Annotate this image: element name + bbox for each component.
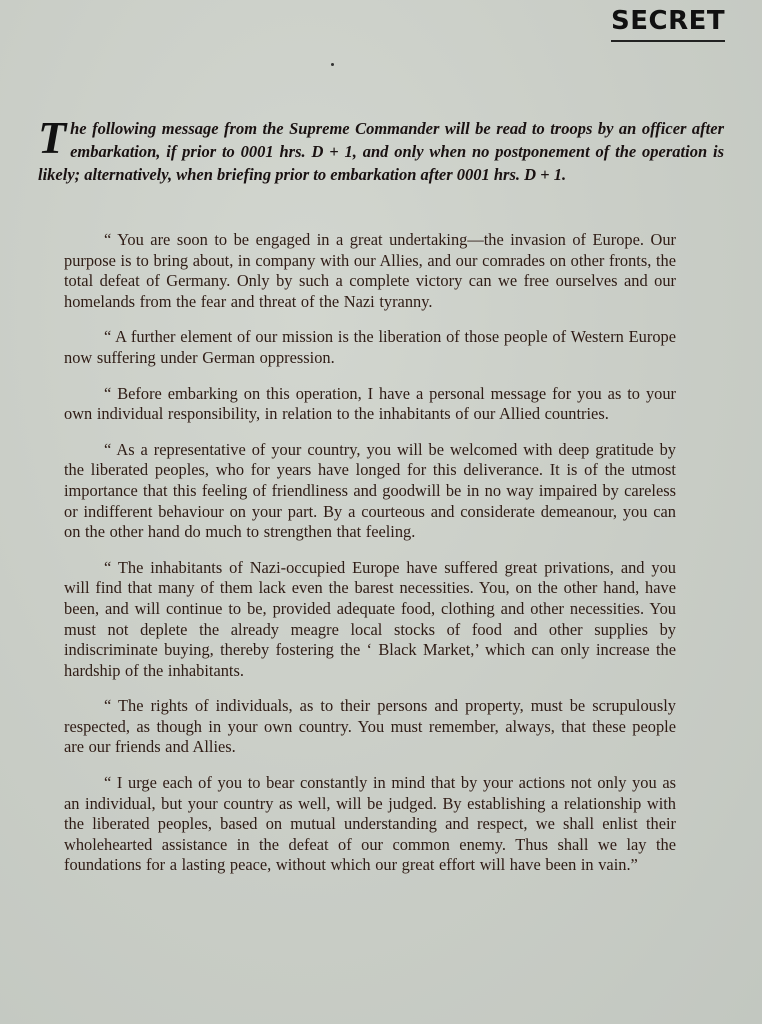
paper-speck (331, 63, 334, 66)
message-paragraph-2: “ A further element of our mission is th… (64, 327, 676, 368)
supreme-commander-message: “ You are soon to be engaged in a great … (64, 230, 676, 891)
classification-heading: SECRET (611, 6, 725, 42)
message-paragraph-7: “ I urge each of you to bear constantly … (64, 773, 676, 876)
message-paragraph-3: “ Before embarking on this operation, I … (64, 384, 676, 425)
intro-text: he following message from the Supreme Co… (38, 119, 724, 184)
message-paragraph-6: “ The rights of individuals, as to their… (64, 696, 676, 758)
message-paragraph-4: “ As a representative of your country, y… (64, 440, 676, 543)
message-paragraph-1: “ You are soon to be engaged in a great … (64, 230, 676, 312)
drop-cap: T (38, 119, 66, 157)
message-paragraph-5: “ The inhabitants of Nazi-occupied Europ… (64, 558, 676, 682)
intro-instructions: The following message from the Supreme C… (38, 117, 724, 186)
